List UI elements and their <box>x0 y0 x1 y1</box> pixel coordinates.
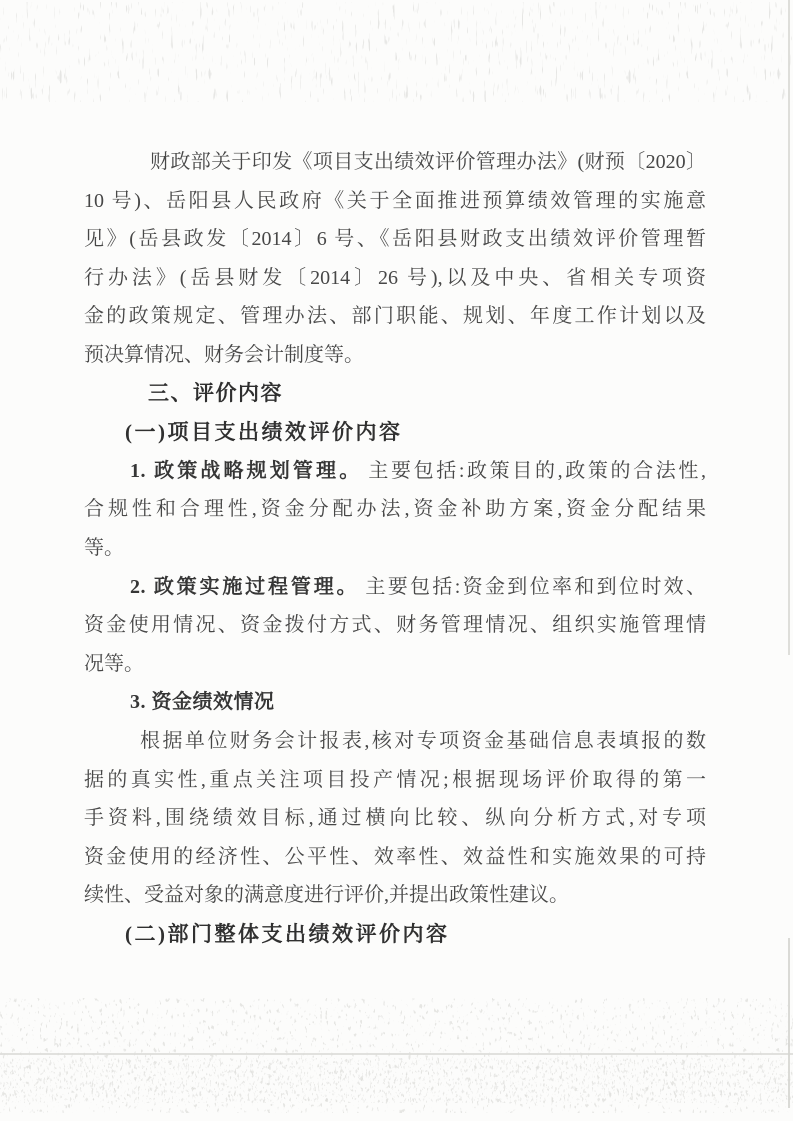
para-fund-performance-line-2: 据的真实性,重点关注项目投产情况;根据现场评价取得的第一 <box>84 761 706 800</box>
scan-artifact-vertical-line-lower <box>788 938 790 1108</box>
item1-line-2: 合规性和合理性,资金分配办法,资金补助方案,资金分配结果 <box>84 490 706 529</box>
subsection-heading-project-expenditure: (一)项目支出绩效评价内容 <box>84 413 706 452</box>
item1-text: 主要包括:政策目的,政策的合法性, <box>368 460 706 482</box>
para-legal-basis-line-3: 见》(岳县政发〔2014〕6 号、《岳阳县财政支出绩效评价管理暂 <box>84 220 706 259</box>
para-legal-basis-line-2: 10 号)、岳阳县人民政府《关于全面推进预算绩效管理的实施意 <box>84 182 706 221</box>
scan-artifact-vertical-line-upper <box>788 0 790 655</box>
para-fund-performance-line-3: 手资料,围绕绩效目标,通过横向比较、纵向分析方式,对专项 <box>84 799 706 838</box>
scan-artifact-horizontal-line <box>0 1053 793 1055</box>
subsection-heading-department-expenditure: (二)部门整体支出绩效评价内容 <box>84 915 706 954</box>
item2-line-2: 资金使用情况、资金拨付方式、财务管理情况、组织实施管理情 <box>84 606 706 645</box>
para-legal-basis-line-4: 行办法》(岳县财发〔2014〕26 号),以及中央、省相关专项资 <box>84 259 706 298</box>
para-fund-performance-line-4: 资金使用的经济性、公平性、效率性、效益性和实施效果的可持 <box>84 838 706 877</box>
item2-line-1: 2. 政策实施过程管理。主要包括:资金到位率和到位时效、 <box>84 568 706 607</box>
item2-lead: 2. 政策实施过程管理。 <box>130 576 359 598</box>
item3-lead: 3. 资金绩效情况 <box>130 691 275 713</box>
para-fund-performance-line-5: 续性、受益对象的满意度进行评价,并提出政策性建议。 <box>84 876 706 915</box>
section-heading-evaluation-content: 三、评价内容 <box>84 375 706 414</box>
item3-heading: 3. 资金绩效情况 <box>84 683 706 722</box>
item1-lead: 1. 政策战略规划管理。 <box>130 460 362 482</box>
scan-noise-top <box>0 2 793 102</box>
para-legal-basis-line-6: 预决算情况、财务会计制度等。 <box>84 336 706 375</box>
item2-text: 主要包括:资金到位率和到位时效、 <box>365 576 706 598</box>
para-legal-basis-line-1: 财政部关于印发《项目支出绩效评价管理办法》(财预〔2020〕 <box>84 143 706 182</box>
scan-noise-bottom <box>0 998 793 1113</box>
para-fund-performance-line-1: 根据单位财务会计报表,核对专项资金基础信息表填报的数 <box>84 722 706 761</box>
para-legal-basis-line-5: 金的政策规定、管理办法、部门职能、规划、年度工作计划以及 <box>84 297 706 336</box>
item1-line-1: 1. 政策战略规划管理。主要包括:政策目的,政策的合法性, <box>84 452 706 491</box>
item1-line-3: 等。 <box>84 529 706 568</box>
item2-line-3: 况等。 <box>84 645 706 684</box>
scanned-document-page: 财政部关于印发《项目支出绩效评价管理办法》(财预〔2020〕 10 号)、岳阳县… <box>0 0 793 1121</box>
document-text-column: 财政部关于印发《项目支出绩效评价管理办法》(财预〔2020〕 10 号)、岳阳县… <box>84 143 706 953</box>
